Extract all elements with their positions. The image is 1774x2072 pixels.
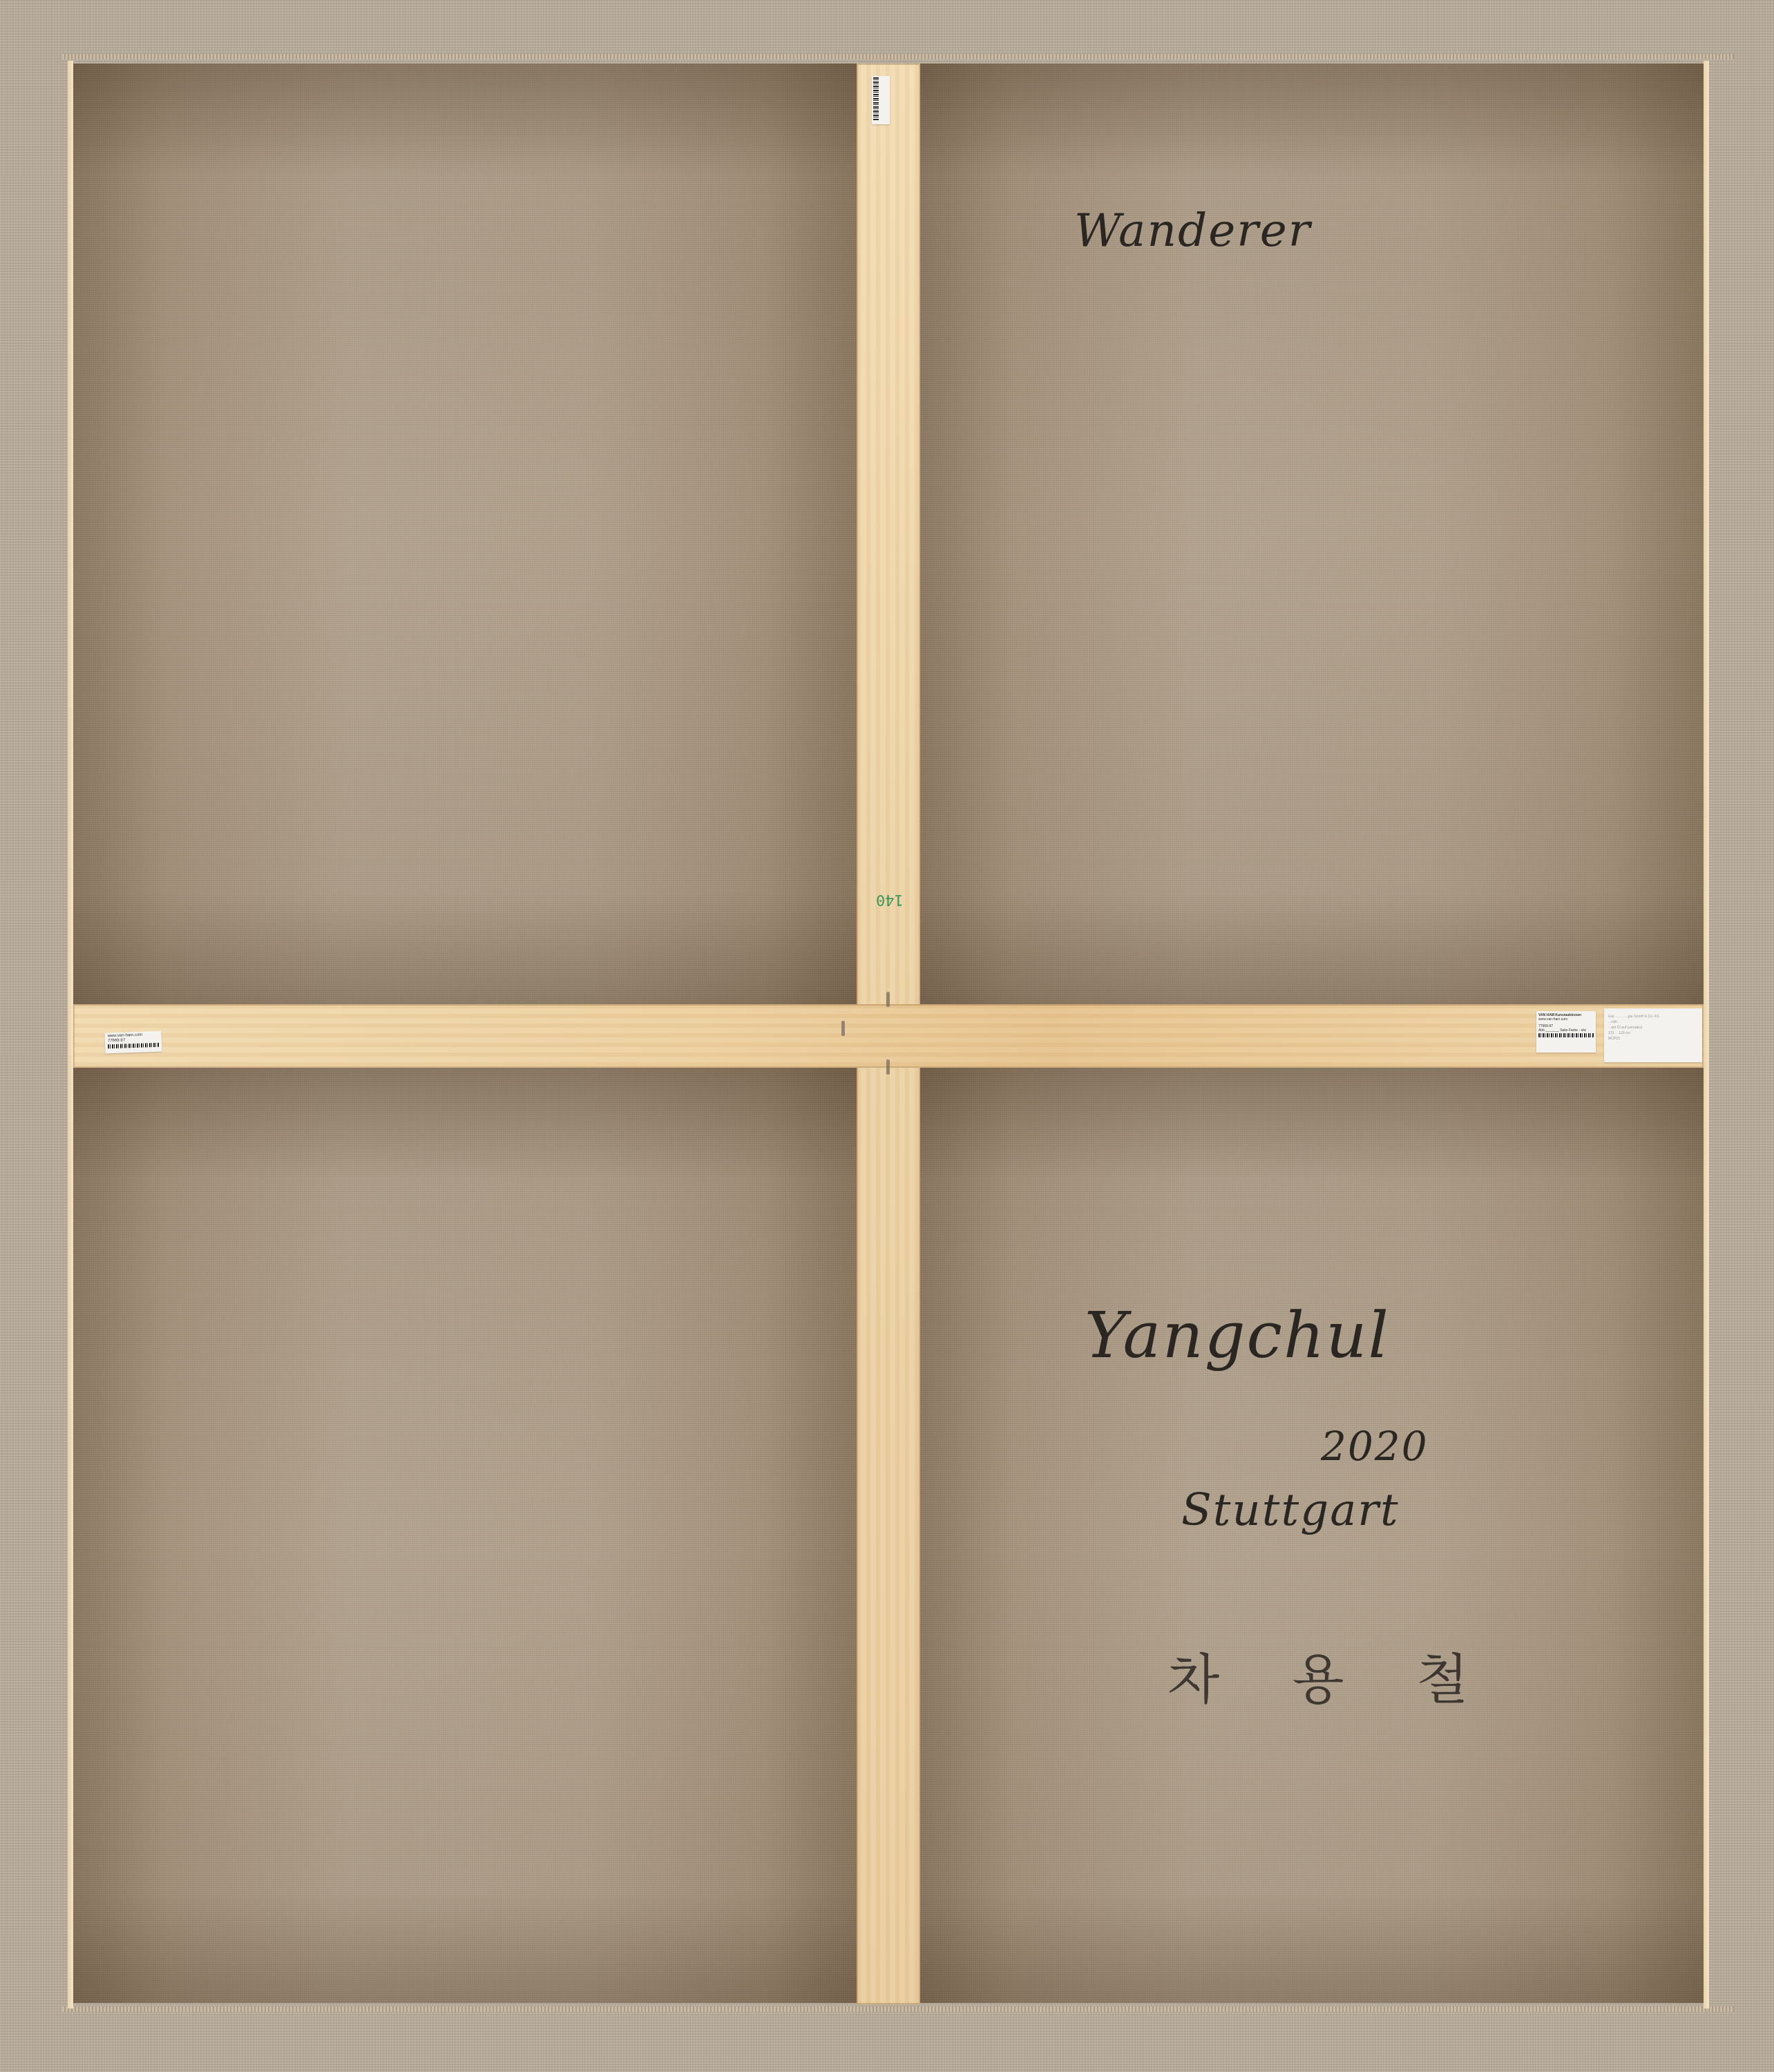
label-url: www.van-ham.com [1538,1017,1594,1021]
label-line: ...ard Öl auf Leinwand [1608,1025,1698,1030]
inscription-place: Stuttgart [1181,1485,1400,1536]
size-stamp: 140 [876,891,904,908]
frame-edge-left [68,61,73,2008]
staple [886,1059,890,1075]
canvas-panel-top-right [920,64,1704,1004]
frame-edge-right [1704,61,1709,2008]
inscription-year: 2020 [1321,1423,1429,1470]
canvas-panel-top-left [73,64,857,1004]
auction-house-label: VAN HAM Kunstauktionen www.van-ham.com 7… [1536,1011,1596,1053]
barcode [108,1043,159,1049]
inscription-korean-signature: 차 용 철 [1167,1637,1496,1714]
label-line: ...ndri.. [1608,1019,1698,1025]
small-auction-label: www.van-ham.com 77669-97 [105,1031,162,1054]
canvas-panel-bottom-left [73,1068,857,2003]
frayed-edge-top [62,54,1734,59]
label-line: MCP23 [1608,1036,1698,1042]
stretcher-bar-horizontal [73,1004,1704,1068]
inscription-title: Wanderer [1074,204,1311,257]
label-line: 170 ... 120 cm [1608,1030,1698,1036]
barcode [1538,1033,1594,1037]
top-inventory-label [872,76,890,124]
frayed-edge-bottom [62,2006,1734,2012]
consignment-label: Gal. ......... ...gte GmbH & Co. KG ...n… [1604,1008,1702,1062]
staple [841,1021,845,1036]
staple [886,992,890,1007]
label-line: Abb._______ Seite Farbe - s/w [1538,1028,1594,1033]
inscription-signature: Yangchul [1085,1298,1390,1372]
label-line: Gal. ......... ...gte GmbH & Co. KG [1608,1014,1698,1019]
